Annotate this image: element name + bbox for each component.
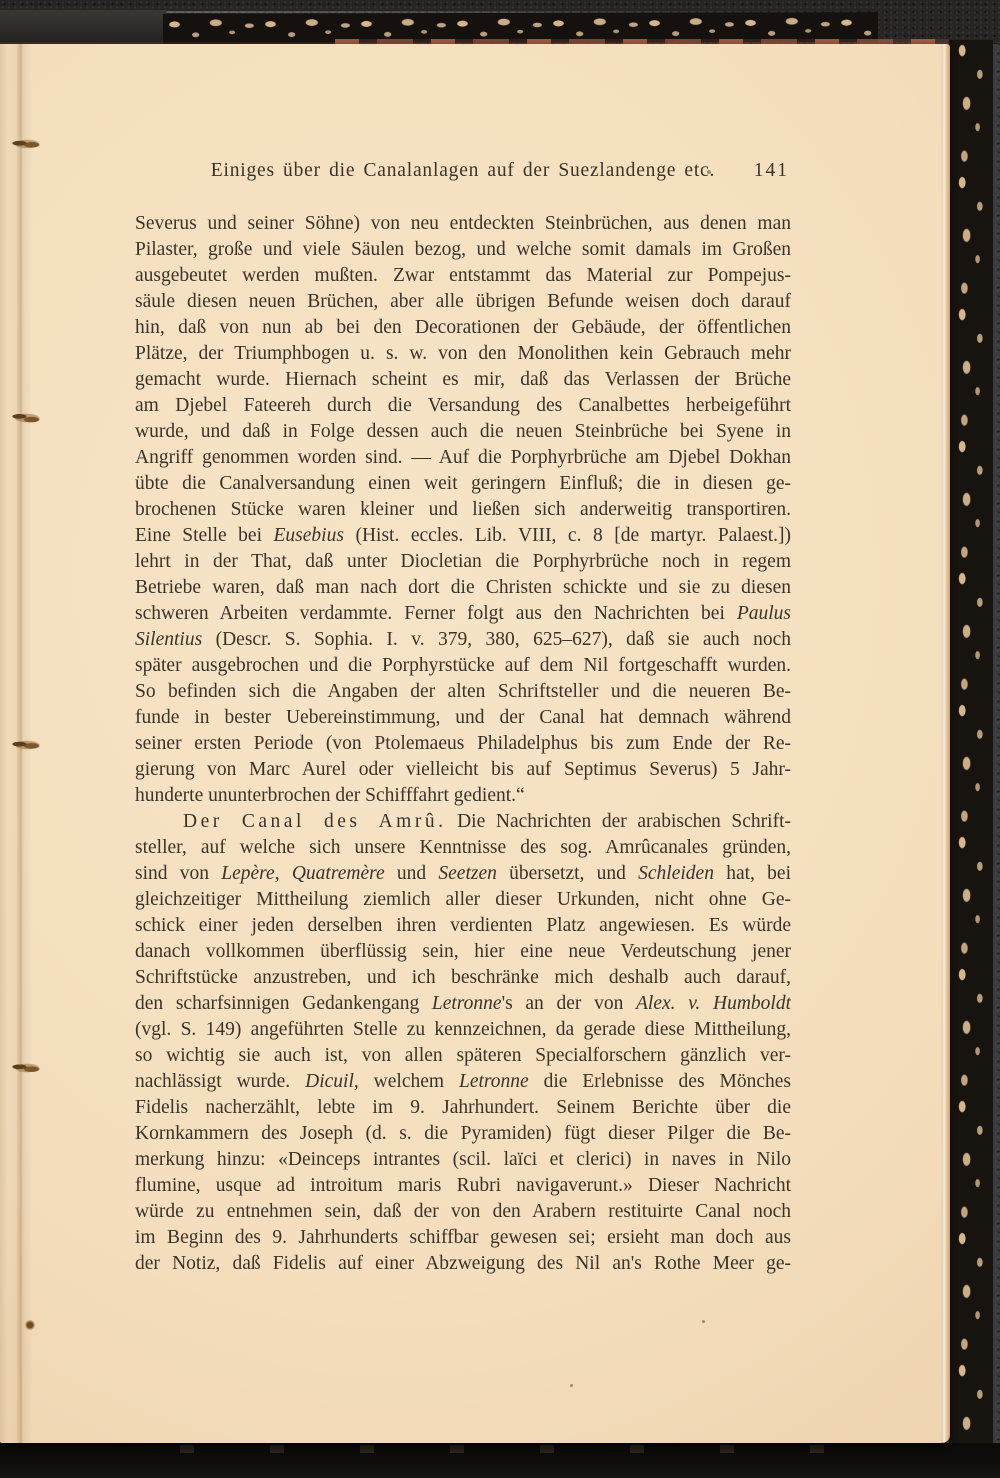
text-line: Pilaster, große und viele Säulen bezog, … [135, 237, 791, 263]
text-line: ausgebeutet werden mußten. Zwar entstamm… [135, 263, 791, 289]
text-line: schick einer jeden derselben ihren verdi… [135, 913, 791, 939]
text-line: hunderte ununterbrochen der Schifffahrt … [135, 783, 791, 809]
text-line: danach vollkommen überflüssig sein, hier… [135, 939, 791, 965]
text-line: (vgl. S. 149) angeführten Stelle zu kenn… [135, 1017, 791, 1043]
stitch-thread [8, 136, 46, 152]
text-line: merkung hinzu: «Deinceps intrantes (scil… [135, 1147, 791, 1173]
book-cover-bottom [0, 1443, 1000, 1478]
text-line: schweren Arbeiten verdammte. Ferner folg… [135, 601, 791, 627]
text-line: brochenen Stücke waren kleiner und ließe… [135, 497, 791, 523]
text-line: gierung von Marc Aurel oder vielleicht b… [135, 757, 791, 783]
text-line: später ausgebrochen und die Porphyrstück… [135, 653, 791, 679]
text-line: flumine, usque ad introitum maris Rubri … [135, 1173, 791, 1199]
running-head: Einiges über die Canalanlagen auf der Su… [135, 158, 791, 184]
text-line: Angriff genommen worden sind. — Auf die … [135, 445, 791, 471]
book-page: Einiges über die Canalanlagen auf der Su… [0, 44, 950, 1443]
text-line: gleichzeitiger Mittheilung ziemlich alle… [135, 887, 791, 913]
page-title: Einiges über die Canalanlagen auf der Su… [135, 158, 791, 184]
text-line: säule diesen neuen Brüchen, aber alle üb… [135, 289, 791, 315]
marbled-page-edges-right [949, 40, 993, 1460]
paragraph: Severus und seiner Söhne) von neu entdec… [135, 211, 791, 809]
text-line: gemacht wurde. Hiernach scheint es mir, … [135, 367, 791, 393]
stitch-thread [8, 402, 46, 434]
text-line: im Beginn des 9. Jahrhunderts schiffbar … [135, 1225, 791, 1251]
text-line: wurde, und daß in Folge dessen auch die … [135, 419, 791, 445]
text-line: Plätze, der Triumphbogen u. s. w. von de… [135, 341, 791, 367]
page-number: 141 [754, 158, 789, 184]
stitch-hole [24, 1320, 36, 1330]
stitch-thread [8, 1056, 46, 1080]
text-line: Severus und seiner Söhne) von neu entdec… [135, 211, 791, 237]
text-line: so wichtig sie auch ist, von allen späte… [135, 1043, 791, 1069]
text-line: So befinden sich die Angaben der alten S… [135, 679, 791, 705]
text-line: lehrt in der That, daß unter Diocletian … [135, 549, 791, 575]
text-line: Fidelis nacherzählt, lebte im 9. Jahrhun… [135, 1095, 791, 1121]
text-line: der Notiz, daß Fidelis auf einer Abzweig… [135, 1251, 791, 1277]
text-line: Schriftstücke anzustreben, und ich besch… [135, 965, 791, 991]
text-line: übte die Canalversandung einen weit geri… [135, 471, 791, 497]
text-line: nachlässigt wurde. Dicuil, welchem Letro… [135, 1069, 791, 1095]
text-line: Eine Stelle bei Eusebius (Hist. eccles. … [135, 523, 791, 549]
text-line: steller, auf welche sich unsere Kenntnis… [135, 835, 791, 861]
paragraph: Der Canal des Amrû. Die Nachrichten der … [135, 809, 791, 1277]
text-line: Der Canal des Amrû. Die Nachrichten der … [135, 809, 791, 835]
page-stack-edge [941, 44, 950, 1443]
text-line: am Djebel Fateereh durch die Versandung … [135, 393, 791, 419]
stitch-thread [8, 736, 46, 754]
scanned-book-photo: Einiges über die Canalanlagen auf der Su… [0, 0, 1000, 1478]
text-line: seiner ersten Periode (von Ptolemaeus Ph… [135, 731, 791, 757]
text-line: funde in bester Uebereinstimmung, und de… [135, 705, 791, 731]
text-line: sind von Lepère, Quatremère und Seetzen … [135, 861, 791, 887]
body-text: Severus und seiner Söhne) von neu entdec… [135, 211, 791, 1277]
paper-blemish [702, 1320, 705, 1323]
book-spine-shade [0, 10, 166, 44]
text-line: den scharfsinnigen Gedankengang Letronne… [135, 991, 791, 1017]
paper-blemish [570, 1384, 573, 1387]
text-line: hin, daß von nun ab bei den Decorationen… [135, 315, 791, 341]
text-line: Silentius (Descr. S. Sophia. I. v. 379, … [135, 627, 791, 653]
text-line: Betriebe waren, daß man nach dort die Ch… [135, 575, 791, 601]
text-line: würde zu entnehmen sein, daß der von den… [135, 1199, 791, 1225]
text-line: Kornkammern des Joseph (d. s. die Pyrami… [135, 1121, 791, 1147]
